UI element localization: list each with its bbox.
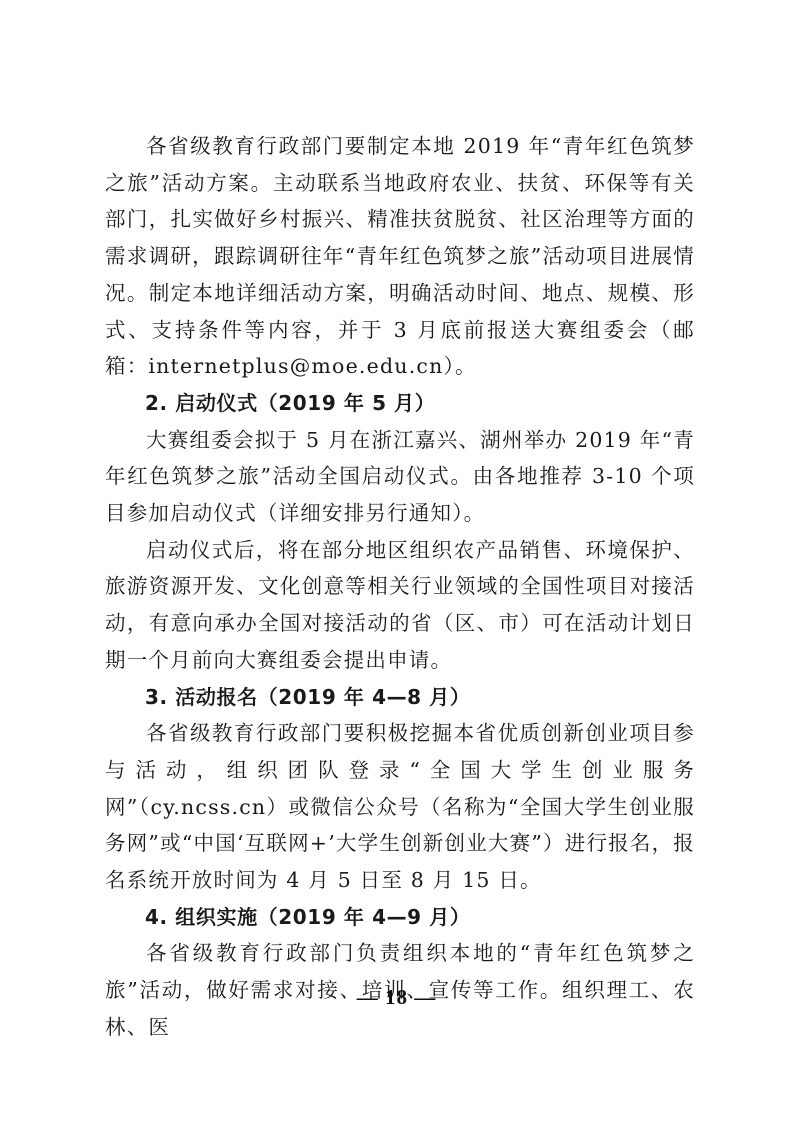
heading-implementation: 4. 组织实施（2019 年 4—9 月） <box>105 899 695 936</box>
heading-registration: 3. 活动报名（2019 年 4—8 月） <box>105 679 695 716</box>
heading-launch-ceremony: 2. 启动仪式（2019 年 5 月） <box>105 385 695 422</box>
paragraph-registration: 各省级教育行政部门要积极挖掘本省优质创新创业项目参与活动，组织团队登录“全国大学… <box>105 715 695 899</box>
paragraph-matchmaking: 启动仪式后，将在部分地区组织农产品销售、环境保护、旅游资源开发、文化创意等相关行… <box>105 532 695 679</box>
document-page: 各省级教育行政部门要制定本地 2019 年“青年红色筑梦之旅”活动方案。主动联系… <box>105 128 695 1046</box>
paragraph-plan: 各省级教育行政部门要制定本地 2019 年“青年红色筑梦之旅”活动方案。主动联系… <box>105 128 695 385</box>
paragraph-launch-ceremony: 大赛组委会拟于 5 月在浙江嘉兴、湖州举办 2019 年“青年红色筑梦之旅”活动… <box>105 422 695 532</box>
page-number: — 18 — <box>0 985 793 1010</box>
